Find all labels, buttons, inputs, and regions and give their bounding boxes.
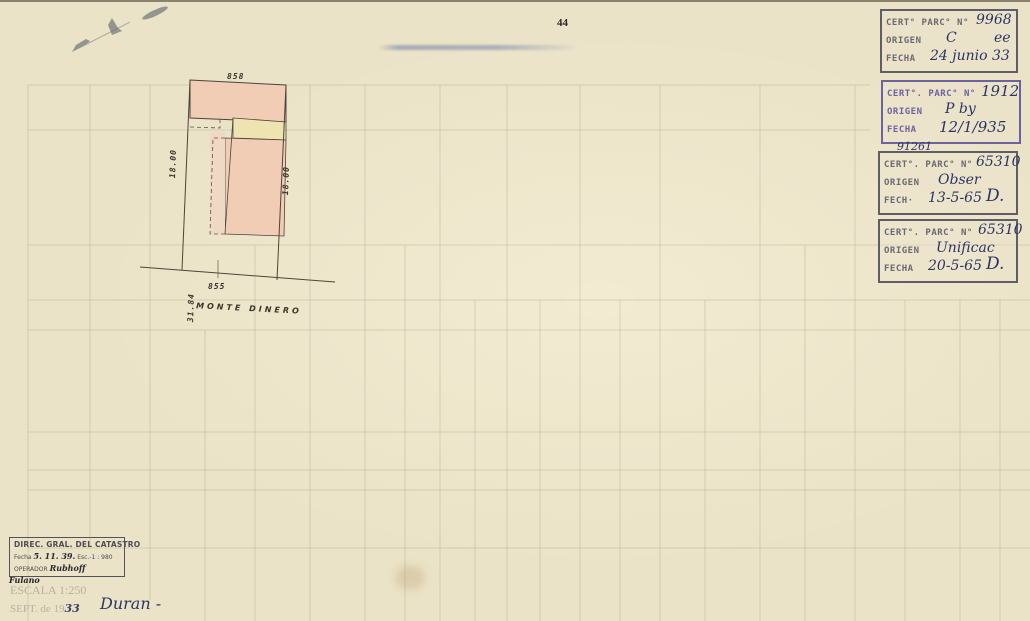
catastro-escala: Esc.-1 : 980 [77, 554, 112, 561]
fecha-value: 20-5-65 [928, 257, 982, 275]
catastro-fecha-label: Fecha [14, 554, 32, 561]
signature: Duran - [100, 594, 161, 613]
cert-stamp-2: CERT°. PARC° N° 1912 ORIGEN P by FECHA 1… [881, 80, 1021, 144]
plot-left-side: 18.00 [168, 149, 178, 178]
cadastral-sheet: 44 858 18.00 18.00 855 31.84 MONTE DINER… [0, 0, 1030, 621]
fecha-value: 24 junio 33 [930, 47, 1010, 65]
fecha-label: FECHA [886, 50, 916, 68]
origen-value: P by [945, 100, 976, 118]
catastro-operador-row: OPERADOR Rubhoff [14, 563, 120, 573]
date-line: SEPT. de 1933 [10, 602, 80, 615]
fecha-value: 13-5-65 [928, 189, 982, 207]
cert-stamp-4: CERT°. PARC° N° 65310 ORIGEN Unificac FE… [878, 219, 1018, 283]
operador-label: OPERADOR [14, 566, 48, 573]
catastro-fecha-value: 5. 11. 39. [34, 551, 76, 561]
cert-stamp-3: CERT°. PARC° N° 65310 ORIGEN Obser FECH·… [878, 151, 1018, 215]
cert-number: 65310 [976, 153, 1021, 171]
origen-value: Obser [938, 171, 981, 189]
origen-label: ORIGEN [884, 174, 920, 192]
plot-right-side: 18.00 [281, 166, 291, 195]
origen-label: ORIGEN [887, 103, 923, 121]
plot-bottom-number: 855 [208, 282, 225, 291]
operador-value: Rubhoff [50, 563, 86, 573]
cert-stamp-1: CERT° PARC° N° 9968 ORIGEN C ee FECHA 24… [880, 9, 1018, 73]
origen-label: ORIGEN [886, 32, 922, 50]
plot-corner-distance: 31.84 [186, 293, 196, 322]
origen-extra: ee [994, 29, 1011, 47]
initial: D. [986, 187, 1004, 205]
cert-number: 9968 [976, 11, 1012, 29]
paper-stain [395, 565, 425, 590]
fecha-label: FECH· [884, 192, 914, 210]
initial: D. [986, 255, 1004, 273]
origen-label: ORIGEN [884, 242, 920, 260]
plot-top-number: 858 [227, 72, 244, 81]
ink-smudge [378, 45, 578, 50]
catastro-fecha-row: Fecha 5. 11. 39. Esc.-1 : 980 [14, 551, 120, 561]
sheet-number: 44 [557, 17, 568, 29]
origen-value: C [946, 29, 957, 47]
scale-label: ESCALA 1:250 [10, 583, 86, 598]
date-prefix: SEPT. de 19 [10, 603, 65, 615]
date-year: 33 [65, 602, 80, 615]
fecha-value: 12/1/935 [939, 118, 1006, 136]
cert-number: 1912 [981, 82, 1019, 100]
catastro-stamp: DIREC. GRAL. DEL CATASTRO Fecha 5. 11. 3… [9, 537, 125, 577]
fecha-label: FECHA [887, 121, 917, 139]
parcel-drawing [140, 70, 350, 290]
cert-number: 65310 [978, 221, 1023, 239]
fecha-label: FECHA [884, 260, 914, 278]
catastro-title: DIREC. GRAL. DEL CATASTRO [14, 540, 120, 549]
